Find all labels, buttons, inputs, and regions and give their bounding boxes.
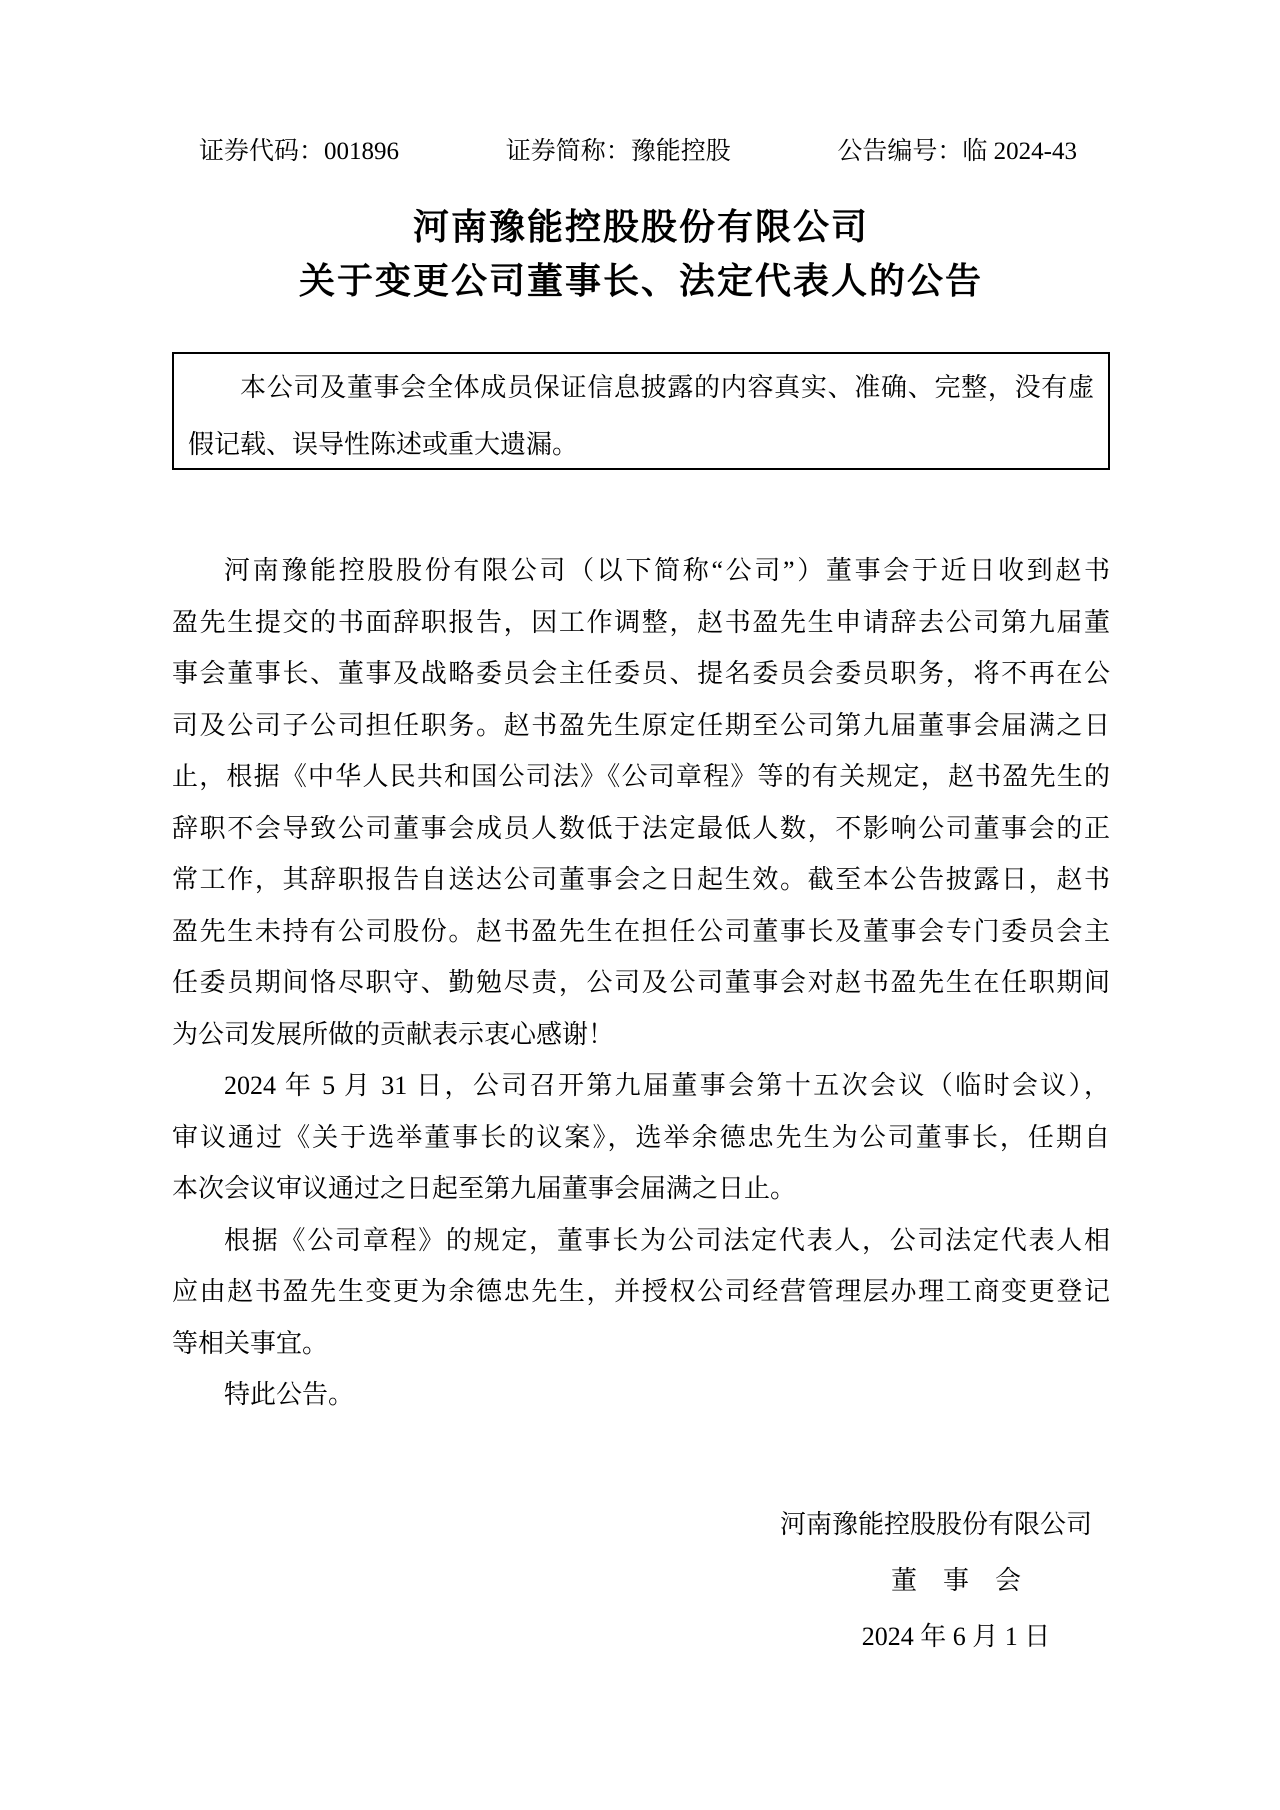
disclaimer-line: 本公司及董事会全体成员保证信息披露的内容真实、准确、完整，没有虚 <box>188 359 1094 416</box>
signature-board: 董 事 会 <box>800 1553 1112 1609</box>
body-line: 河南豫能控股股份有限公司（以下简称“公司”）董事会于近日收到赵书 <box>172 545 1110 597</box>
body-line: 2024 年 5 月 31 日，公司召开第九届董事会第十五次会议（临时会议）， <box>172 1060 1110 1112</box>
document-title: 河南豫能控股股份有限公司 关于变更公司董事长、法定代表人的公告 <box>172 200 1110 308</box>
body-line: 等相关事宜。 <box>172 1318 1110 1370</box>
stock-code: 证券代码：001896 <box>199 136 399 168</box>
body-line: 为公司发展所做的贡献表示衷心感谢！ <box>172 1009 1110 1061</box>
signature-company: 河南豫能控股股份有限公司 <box>780 1497 1092 1553</box>
body-line: 审议通过《关于选举董事长的议案》，选举余德忠先生为公司董事长，任期自 <box>172 1112 1110 1164</box>
body-line: 常工作，其辞职报告自送达公司董事会之日起生效。截至本公告披露日，赵书 <box>172 854 1110 906</box>
signature-block: 河南豫能控股股份有限公司 董 事 会 2024 年 6 月 1 日 <box>780 1497 1092 1665</box>
body-line: 根据《公司章程》的规定，董事长为公司法定代表人，公司法定代表人相 <box>172 1215 1110 1267</box>
title-line-2: 关于变更公司董事长、法定代表人的公告 <box>172 254 1110 308</box>
title-line-1: 河南豫能控股股份有限公司 <box>172 200 1110 254</box>
stock-abbr: 证券简称：豫能控股 <box>506 136 731 168</box>
body-line: 任委员期间恪尽职守、勤勉尽责，公司及公司董事会对赵书盈先生在任职期间 <box>172 957 1110 1009</box>
body-line: 特此公告。 <box>172 1369 1110 1421</box>
body-line: 辞职不会导致公司董事会成员人数低于法定最低人数，不影响公司董事会的正 <box>172 803 1110 855</box>
document-body: 河南豫能控股股份有限公司（以下简称“公司”）董事会于近日收到赵书 盈先生提交的书… <box>172 545 1110 1421</box>
body-line: 事会董事长、董事及战略委员会主任委员、提名委员会委员职务，将不再在公 <box>172 648 1110 700</box>
body-line: 盈先生未持有公司股份。赵书盈先生在担任公司董事长及董事会专门委员会主 <box>172 906 1110 958</box>
disclaimer-line: 假记载、误导性陈述或重大遗漏。 <box>188 416 1094 473</box>
body-line: 司及公司子公司担任职务。赵书盈先生原定任期至公司第九届董事会届满之日 <box>172 700 1110 752</box>
disclaimer-box: 本公司及董事会全体成员保证信息披露的内容真实、准确、完整，没有虚 假记载、误导性… <box>172 352 1110 470</box>
document-header: 证券代码：001896 证券简称：豫能控股 公告编号：临 2024-43 <box>199 136 1077 168</box>
signature-date: 2024 年 6 月 1 日 <box>800 1609 1112 1665</box>
announcement-page: 证券代码：001896 证券简称：豫能控股 公告编号：临 2024-43 河南豫… <box>0 0 1280 1810</box>
body-line: 盈先生提交的书面辞职报告，因工作调整，赵书盈先生申请辞去公司第九届董 <box>172 597 1110 649</box>
body-line: 止，根据《中华人民共和国公司法》《公司章程》等的有关规定，赵书盈先生的 <box>172 751 1110 803</box>
announcement-number: 公告编号：临 2024-43 <box>837 136 1077 168</box>
body-line: 应由赵书盈先生变更为余德忠先生，并授权公司经营管理层办理工商变更登记 <box>172 1266 1110 1318</box>
body-line: 本次会议审议通过之日起至第九届董事会届满之日止。 <box>172 1163 1110 1215</box>
